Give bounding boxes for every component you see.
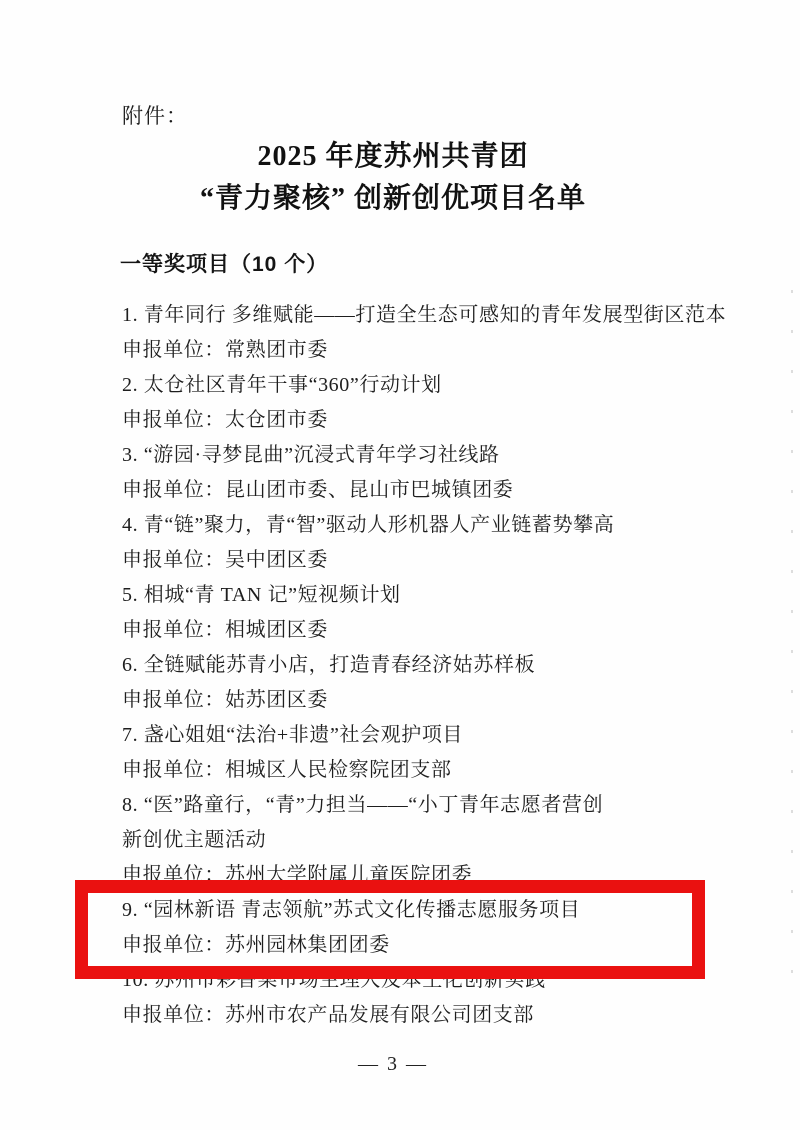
page-number: — 3 —	[0, 1053, 786, 1076]
project-title: 2. 太仓社区青年干事“360”行动计划	[122, 368, 722, 403]
list-item-8: 8. “医”路童行，“青”力担当——“小丁青年志愿者营创 新创优主题活动 申报单…	[122, 788, 722, 893]
list-item-5: 5. 相城“青 TAN 记”短视频计划 申报单位：相城团区委	[122, 578, 722, 648]
project-unit: 申报单位：苏州市农产品发展有限公司团支部	[122, 998, 722, 1033]
project-title: 4. 青“链”聚力，青“智”驱动人形机器人产业链蓄势攀高	[122, 508, 722, 543]
attachment-label: 附件：	[122, 100, 188, 130]
document-title-line1: 2025 年度苏州共青团	[0, 134, 786, 174]
project-unit: 申报单位：相城团区委	[122, 613, 722, 648]
project-unit: 申报单位：姑苏团区委	[122, 683, 722, 718]
project-title: 3. “游园·寻梦昆曲”沉浸式青年学习社线路	[122, 438, 722, 473]
project-unit: 申报单位：太仓团市委	[122, 403, 722, 438]
list-item-1: 1. 青年同行 多维赋能——打造全生态可感知的青年发展型街区范本 申报单位：常熟…	[122, 298, 722, 368]
highlight-box	[75, 880, 705, 979]
project-unit: 申报单位：相城区人民检察院团支部	[122, 753, 722, 788]
project-unit: 申报单位：昆山团市委、昆山市巴城镇团委	[122, 473, 722, 508]
list-item-3: 3. “游园·寻梦昆曲”沉浸式青年学习社线路 申报单位：昆山团市委、昆山市巴城镇…	[122, 438, 722, 508]
document-page: 附件： 2025 年度苏州共青团 “青力聚核” 创新创优项目名单 一等奖项目（1…	[0, 0, 800, 1130]
list-item-6: 6. 全链赋能苏青小店，打造青春经济姑苏样板 申报单位：姑苏团区委	[122, 648, 722, 718]
project-unit: 申报单位：常熟团市委	[122, 333, 722, 368]
list-item-2: 2. 太仓社区青年干事“360”行动计划 申报单位：太仓团市委	[122, 368, 722, 438]
section-heading: 一等奖项目（10 个）	[120, 248, 328, 278]
project-title-line1: 8. “医”路童行，“青”力担当——“小丁青年志愿者营创	[122, 788, 722, 823]
list-item-7: 7. 盏心姐姐“法治+非遗”社会观护项目 申报单位：相城区人民检察院团支部	[122, 718, 722, 788]
project-title: 5. 相城“青 TAN 记”短视频计划	[122, 578, 722, 613]
project-title: 6. 全链赋能苏青小店，打造青春经济姑苏样板	[122, 648, 722, 683]
project-title-line2: 新创优主题活动	[122, 823, 722, 858]
list-item-4: 4. 青“链”聚力，青“智”驱动人形机器人产业链蓄势攀高 申报单位：吴中团区委	[122, 508, 722, 578]
project-title: 1. 青年同行 多维赋能——打造全生态可感知的青年发展型街区范本	[122, 298, 722, 333]
document-title-line2: “青力聚核” 创新创优项目名单	[0, 176, 786, 216]
project-unit: 申报单位：吴中团区委	[122, 543, 722, 578]
project-title: 7. 盏心姐姐“法治+非遗”社会观护项目	[122, 718, 722, 753]
